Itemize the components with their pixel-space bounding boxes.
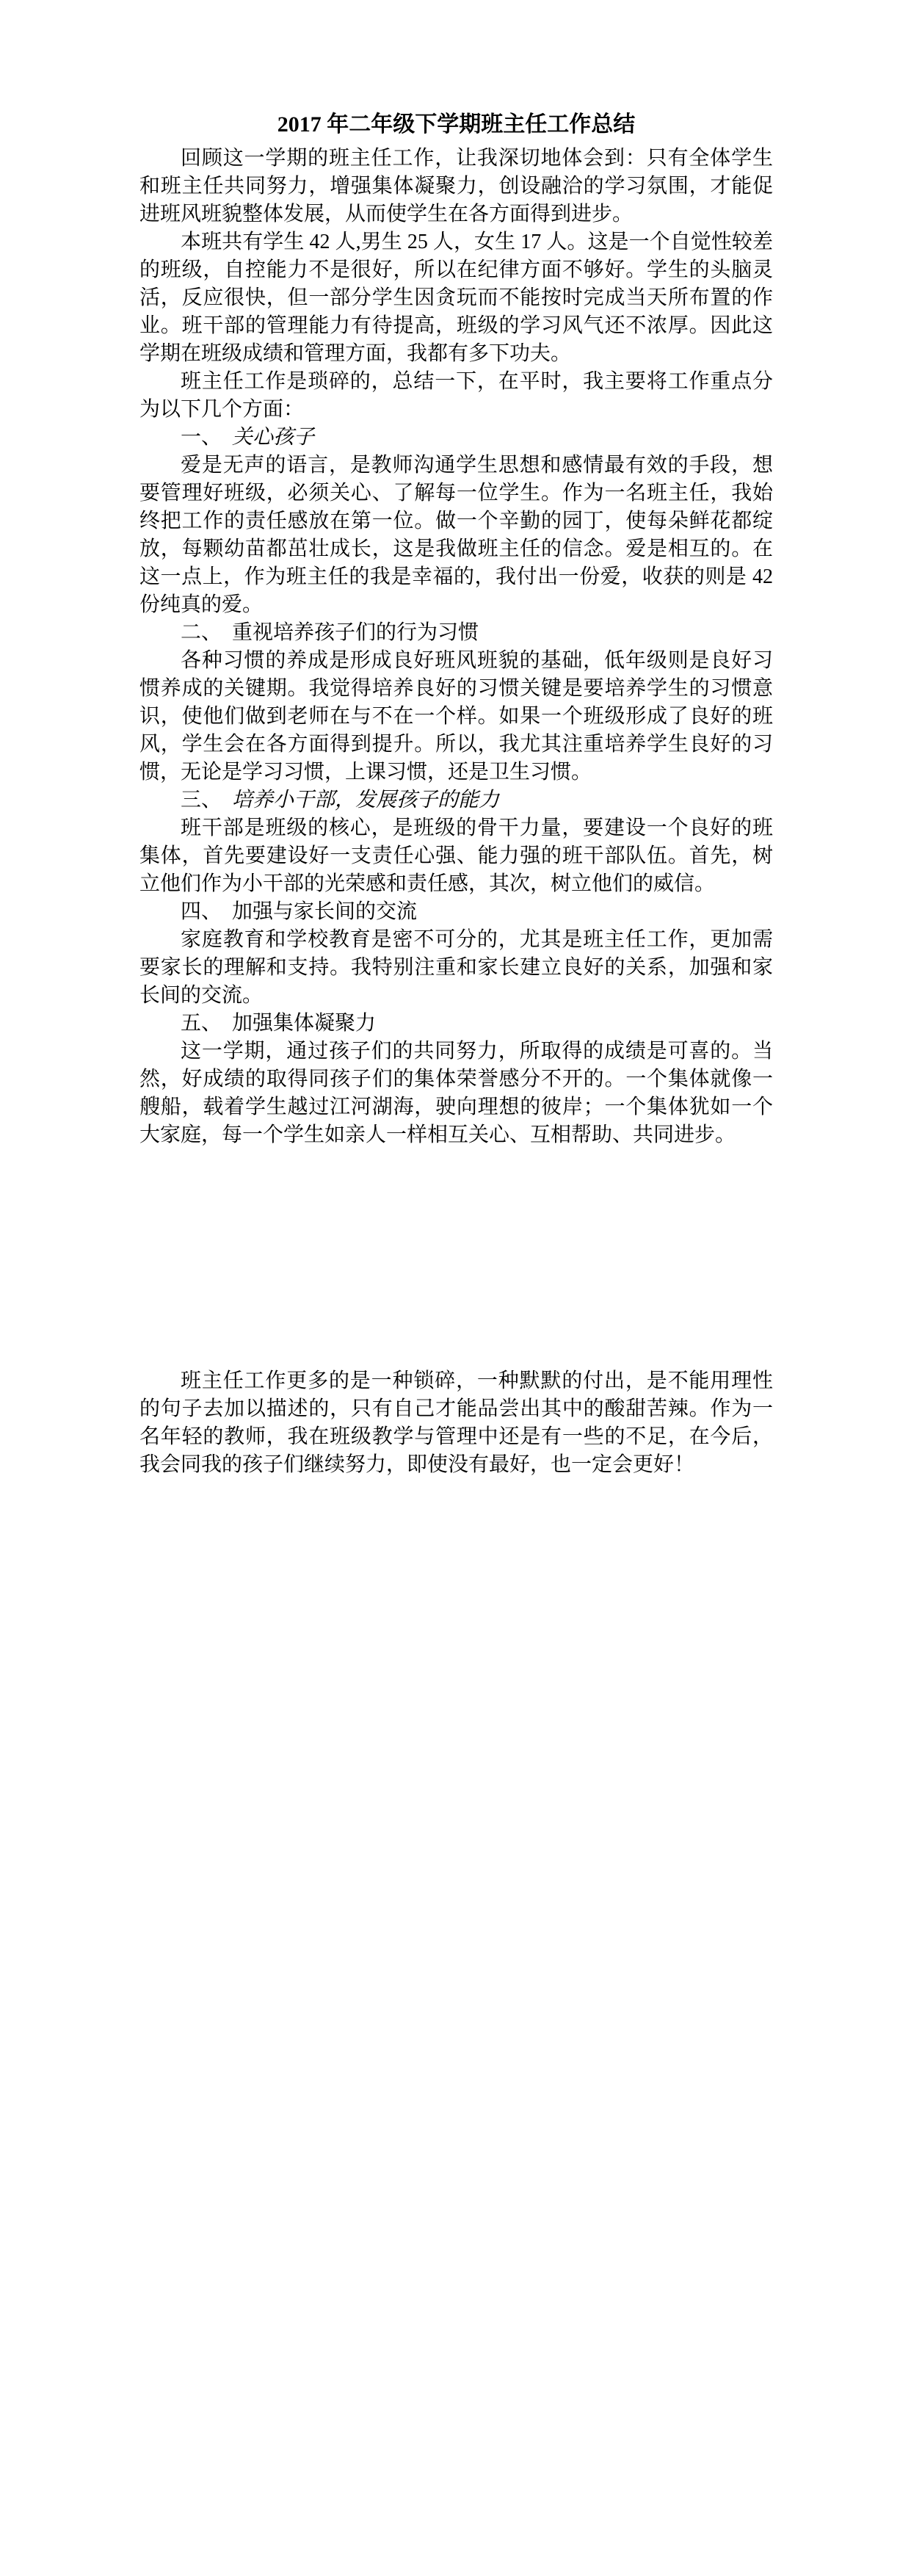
- section-1-number: 一、: [181, 426, 222, 449]
- section-5-title: 加强集体凝聚力: [232, 1012, 376, 1035]
- section-3-heading: 三、培养小干部，发展孩子的能力: [139, 786, 773, 814]
- section-2-number: 二、: [181, 621, 222, 644]
- section-4-heading: 四、加强与家长间的交流: [139, 898, 773, 926]
- section-1-body: 爱是无声的语言，是教师沟通学生思想和感情最有效的手段，想要管理好班级，必须关心、…: [139, 452, 773, 619]
- section-4-number: 四、: [181, 900, 222, 923]
- section-3-title: 培养小干部，发展孩子的能力: [232, 789, 499, 811]
- section-5-heading: 五、加强集体凝聚力: [139, 1010, 773, 1038]
- intro-paragraph-2: 本班共有学生 42 人,男生 25 人，女生 17 人。这是一个自觉性较差的班级…: [139, 228, 773, 368]
- section-5: 五、加强集体凝聚力 这一学期，通过孩子们的共同努力，所取得的成绩是可喜的。当然，…: [139, 1010, 773, 1149]
- section-4-body: 家庭教育和学校教育是密不可分的，尤其是班主任工作，更加需要家长的理解和支持。我特…: [139, 926, 773, 1010]
- section-2-body: 各种习惯的养成是形成良好班风班貌的基础，低年级则是良好习惯养成的关键期。我觉得培…: [139, 647, 773, 786]
- intro-paragraph-3: 班主任工作是琐碎的，总结一下，在平时，我主要将工作重点分为以下几个方面：: [139, 368, 773, 424]
- section-5-body: 这一学期，通过孩子们的共同努力，所取得的成绩是可喜的。当然，好成绩的取得同孩子们…: [139, 1038, 773, 1149]
- section-1-title: 关心孩子: [232, 426, 314, 449]
- section-4-title: 加强与家长间的交流: [232, 900, 417, 923]
- document-title: 2017 年二年级下学期班主任工作总结: [139, 111, 773, 139]
- section-4: 四、加强与家长间的交流 家庭教育和学校教育是密不可分的，尤其是班主任工作，更加需…: [139, 898, 773, 1010]
- intro-paragraph-1: 回顾这一学期的班主任工作，让我深切地体会到：只有全体学生和班主任共同努力，增强集…: [139, 145, 773, 228]
- section-2-heading: 二、重视培养孩子们的行为习惯: [139, 619, 773, 647]
- closing-paragraph: 班主任工作更多的是一种锁碎，一种默默的付出，是不能用理性的句子去加以描述的，只有…: [139, 1367, 773, 1479]
- section-3-body: 班干部是班级的核心，是班级的骨干力量，要建设一个良好的班集体，首先要建设好一支责…: [139, 814, 773, 898]
- section-2: 二、重视培养孩子们的行为习惯 各种习惯的养成是形成良好班风班貌的基础，低年级则是…: [139, 619, 773, 786]
- section-3: 三、培养小干部，发展孩子的能力 班干部是班级的核心，是班级的骨干力量，要建设一个…: [139, 786, 773, 898]
- section-3-number: 三、: [181, 789, 222, 811]
- page-break-gap: [139, 1149, 773, 1367]
- section-1-heading: 一、关心孩子: [139, 424, 773, 452]
- section-2-title: 重视培养孩子们的行为习惯: [232, 621, 479, 644]
- document-page: 2017 年二年级下学期班主任工作总结 回顾这一学期的班主任工作，让我深切地体会…: [0, 0, 911, 2576]
- section-1: 一、关心孩子 爱是无声的语言，是教师沟通学生思想和感情最有效的手段，想要管理好班…: [139, 424, 773, 619]
- section-5-number: 五、: [181, 1012, 222, 1035]
